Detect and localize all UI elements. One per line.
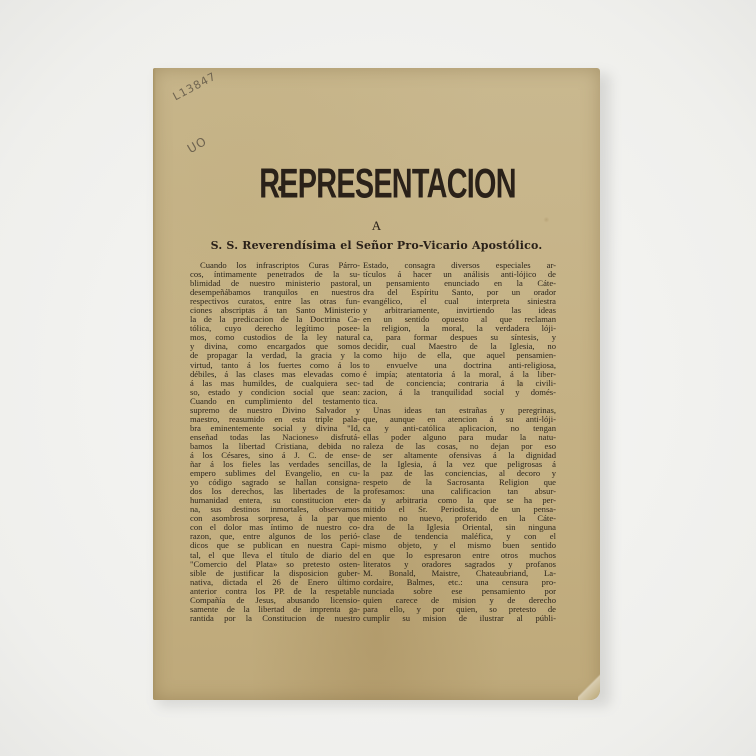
text-line: so, estado y condicion social que sean: [190,388,360,397]
text-line: evangélico, el cual interpreta siniestra [363,297,556,306]
text-line: ñar á los fieles las verdades sencillas, [190,460,360,469]
text-line: Unas ideas tan estrañas y peregrinas, [363,406,556,415]
text-line: to envuelve una doctrina anti-religiosa, [363,361,556,370]
addressee-line: S. S. Reverendísima el Señor Pro-Vicario… [153,239,600,252]
text-line: decidir, cual Maestro de la Iglesia, no [363,342,556,351]
text-line: Cuando en cumplimiento del testamento [190,397,360,406]
text-line: Cuando los infrascriptos Curas Párro- [190,261,360,270]
text-line: virtud, tanto á los fuertes como á los [190,361,360,370]
document-title: REPRESENTACION [259,163,497,205]
text-line: enseñad todas las Naciones» disfrutá- [190,433,360,442]
page-left-edge [153,68,156,700]
text-line: para ello, y por quien, so pretesto de [363,605,556,614]
text-line: débiles, á las clases mas elevadas como [190,370,360,379]
text-line: Estado, consagra diversos especiales ar- [363,261,556,270]
text-line: mos, como custodios de la ley natural [190,333,360,342]
text-line: dicos que se publican en nuestra Capi- [190,541,360,550]
text-line: nunciada sobre ese pensamiento por [363,587,556,596]
text-line: dra del Espíritu Santo, por un orador [363,288,556,297]
text-line: dra de la Iglesia Oriental, sin ninguna [363,523,556,532]
text-line: na, sus destinos inmortales, observamos [190,505,360,514]
text-line: maestro, reasumido en esta triple pala- [190,415,360,424]
text-line: respeto de la Sacrosanta Religion que [363,478,556,487]
text-line: la religion, la moral, la verdadera lóji… [363,324,556,333]
text-line: razon, que, entre algunos de los perió- [190,532,360,541]
handwritten-catalog-number: L13847 [171,70,219,104]
text-line: ca y anti-católica aplicacion, no tengan [363,424,556,433]
text-line: á las mas humildes, de cualquiera sec- [190,379,360,388]
text-line: é impía; atentatoria á la moral, á la li… [363,370,556,379]
text-line: literatos y oradores sagrados y profanos [363,560,556,569]
left-text-column: Cuando los infrascriptos Curas Párro-cos… [190,261,360,623]
text-line: y divina, como encargados que somos [190,342,360,351]
text-line: tículos á hacer un análisis anti-lójico … [363,270,556,279]
text-line: profesamos: una calificacion tan absur- [363,487,556,496]
text-line: cos, íntimamente penetrados de la su- [190,270,360,279]
text-line: ellas poder alguno para mudar la natu- [363,433,556,442]
text-line: respectivos curatos, entre las otras fun… [190,297,360,306]
text-line: Compañía de Jesus, abusando licensio- [190,596,360,605]
text-line: de propagar la verdad, la gracia y la [190,351,360,360]
text-line: cumplir su mision de ilustrar al públi- [363,614,556,623]
text-line: tal, el que lleva el título de diario de… [190,551,360,560]
text-line: raleza de las cosas, no dejan por eso [363,442,556,451]
text-line: desempeñábamos tranquilos en nuestros [190,288,360,297]
text-line: samente de la libertad de imprenta ga- [190,605,360,614]
text-line: de la Iglesia, á la vez que peligrosas á [363,460,556,469]
text-line: la paz de las conciencias, al decoro y [363,469,556,478]
text-line: dos los derechos, las libertades de la [190,487,360,496]
text-line: con asombrosa sorpresa, á la par que [190,514,360,523]
text-line: la de la predicacion de la Doctrina Ca- [190,315,360,324]
right-text-column: Estado, consagra diversos especiales ar-… [363,261,556,623]
text-line: con el dolor mas íntimo de nuestro co- [190,523,360,532]
body-text-columns: Cuando los infrascriptos Curas Párro-cos… [190,261,556,623]
text-line: "Comercio del Plata» so pretesto osten- [190,560,360,569]
text-line: da y arbitraria como la que se ha per- [363,496,556,505]
text-line: mitido el Sr. Periodista, de un pensa- [363,505,556,514]
text-line: yo código sagrado se hallan consigna- [190,478,360,487]
text-line: un pensamiento enunciado en la Cáte- [363,279,556,288]
text-line: supremo de nuestro Divino Salvador y [190,406,360,415]
text-line: á los Césares, sino á J. C. de ense- [190,451,360,460]
handwritten-note: UO [185,134,210,156]
text-line: bamos la libertad Cristiana, debida no [190,442,360,451]
text-line: en un sentido opuesto al que reclaman [363,315,556,324]
text-line: sible de justificar la disposicion guber… [190,569,360,578]
text-line: rantida por la Constitucion de nuestro [190,614,360,623]
text-line: clase de tendencia maléfica, y con el [363,532,556,541]
text-line: tica. [363,397,556,406]
text-line: anterior contra los PP. de la respetable [190,587,360,596]
printed-pamphlet-page: L13847 UO REPRESENTACION A S. S. Reveren… [153,68,600,700]
text-line: empero sublimes del Evangelio, en cu- [190,469,360,478]
text-line: quien carece de mision y de derecho [363,596,556,605]
text-line: zacion, á la tranquilidad social y domés… [363,388,556,397]
text-line: miento no nuevo, proferido en la Cáte- [363,514,556,523]
text-line: bra eminentemente social y divina "Id, [190,424,360,433]
text-line: ciones abscriptas á tan Santo Ministerio [190,306,360,315]
title-preposition: A [153,218,600,234]
text-line: humanidad entera, su constitucion eter- [190,496,360,505]
text-line: nativa, dictada el 26 de Enero último [190,578,360,587]
folded-corner [578,674,600,700]
text-line: tad de conciencia; contraria á la civili… [363,379,556,388]
text-line: de ser altamente ofensivas á la dignidad [363,451,556,460]
text-line: en que lo espresaron entre otros muchos [363,551,556,560]
text-line: como hijo de ella, que aquel pensamien- [363,351,556,360]
text-line: ca, para formar despues su síntesis, y [363,333,556,342]
text-line: y arbitrariamente, invirtiendo las ideas [363,306,556,315]
text-line: mismo objeto, y el mismo buen sentido [363,541,556,550]
text-line: que, aunque en atencion á su anti-lóji- [363,415,556,424]
text-line: tólica, cuyo derecho legítimo posee- [190,324,360,333]
text-line: cordaire, Balmes, etc.: una censura pro- [363,578,556,587]
text-line: M. Bonald, Maistre, Chateaubriand, La- [363,569,556,578]
text-line: blimidad de nuestro ministerio pastoral, [190,279,360,288]
